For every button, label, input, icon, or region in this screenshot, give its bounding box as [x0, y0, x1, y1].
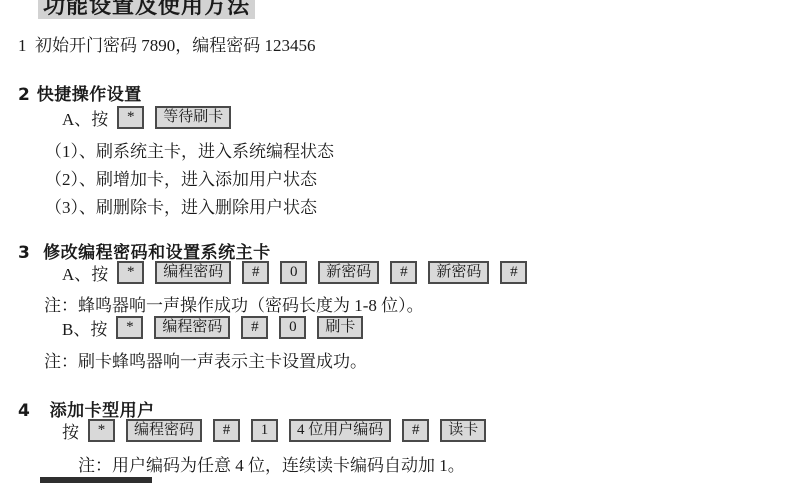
- keypad-key: 1: [251, 419, 278, 442]
- key-sequence-keys: *编程密码#0刷卡: [116, 316, 374, 339]
- section3-note-a: 注：蜂鸣器响一声操作成功（密码长度为 1-8 位）。: [44, 291, 424, 316]
- keypad-key: #: [390, 261, 417, 284]
- keypad-key: #: [242, 261, 269, 284]
- key-sequence-keys: *等待刷卡: [117, 106, 242, 129]
- section3-key-sequence-a: A、按 *编程密码#0新密码#新密码#: [62, 260, 538, 285]
- section2-item-list: （1）、刷系统主卡，进入系统编程状态（2）、刷增加卡，进入添加用户状态（3）、刷…: [45, 138, 334, 222]
- keypad-key: 读卡: [440, 419, 486, 442]
- keypad-key: *: [116, 316, 143, 339]
- intro-line: 1 初始开门密码 7890，编程密码 123456: [18, 31, 316, 56]
- section3-note-b: 注：刷卡蜂鸣器响一声表示主卡设置成功。: [44, 347, 367, 372]
- key-sequence-keys: *编程密码#0新密码#新密码#: [117, 261, 538, 284]
- key-sequence-prefix: 按: [62, 418, 79, 443]
- document-page: 功能设置及使用方法 1 初始开门密码 7890，编程密码 123456 2 快捷…: [0, 0, 790, 483]
- keypad-key: 新密码: [428, 261, 489, 284]
- section4-note: 注：用户编码为任意 4 位，连续读卡编码自动加 1。: [78, 451, 465, 476]
- section2-key-sequence: A、按 *等待刷卡: [62, 105, 242, 130]
- keypad-key: 编程密码: [155, 261, 231, 284]
- key-sequence-prefix: A、按: [62, 260, 108, 285]
- keypad-key: 新密码: [318, 261, 379, 284]
- section3-key-sequence-b: B、按 *编程密码#0刷卡: [62, 315, 374, 340]
- keypad-key: 0: [279, 316, 306, 339]
- list-item: （1）、刷系统主卡，进入系统编程状态: [45, 138, 334, 166]
- list-item: （2）、刷增加卡，进入添加用户状态: [45, 166, 334, 194]
- keypad-key: 0: [280, 261, 307, 284]
- keypad-key: #: [402, 419, 429, 442]
- page-title: 功能设置及使用方法: [38, 0, 255, 19]
- keypad-key: *: [88, 419, 115, 442]
- keypad-key: #: [500, 261, 527, 284]
- keypad-key: 编程密码: [154, 316, 230, 339]
- list-item: （3）、刷删除卡，进入删除用户状态: [45, 194, 334, 222]
- clipped-heading-remnant: [40, 477, 152, 483]
- keypad-key: *: [117, 106, 144, 129]
- key-sequence-prefix: A、按: [62, 105, 108, 130]
- keypad-key: 等待刷卡: [155, 106, 231, 129]
- key-sequence-prefix: B、按: [62, 315, 107, 340]
- keypad-key: 编程密码: [126, 419, 202, 442]
- section4-key-sequence: 按 *编程密码#14 位用户编码#读卡: [62, 418, 497, 443]
- keypad-key: 刷卡: [317, 316, 363, 339]
- keypad-key: *: [117, 261, 144, 284]
- section2-heading: 2 快捷操作设置: [18, 80, 142, 105]
- keypad-key: #: [213, 419, 240, 442]
- keypad-key: #: [241, 316, 268, 339]
- keypad-key: 4 位用户编码: [289, 419, 391, 442]
- key-sequence-keys: *编程密码#14 位用户编码#读卡: [88, 419, 497, 442]
